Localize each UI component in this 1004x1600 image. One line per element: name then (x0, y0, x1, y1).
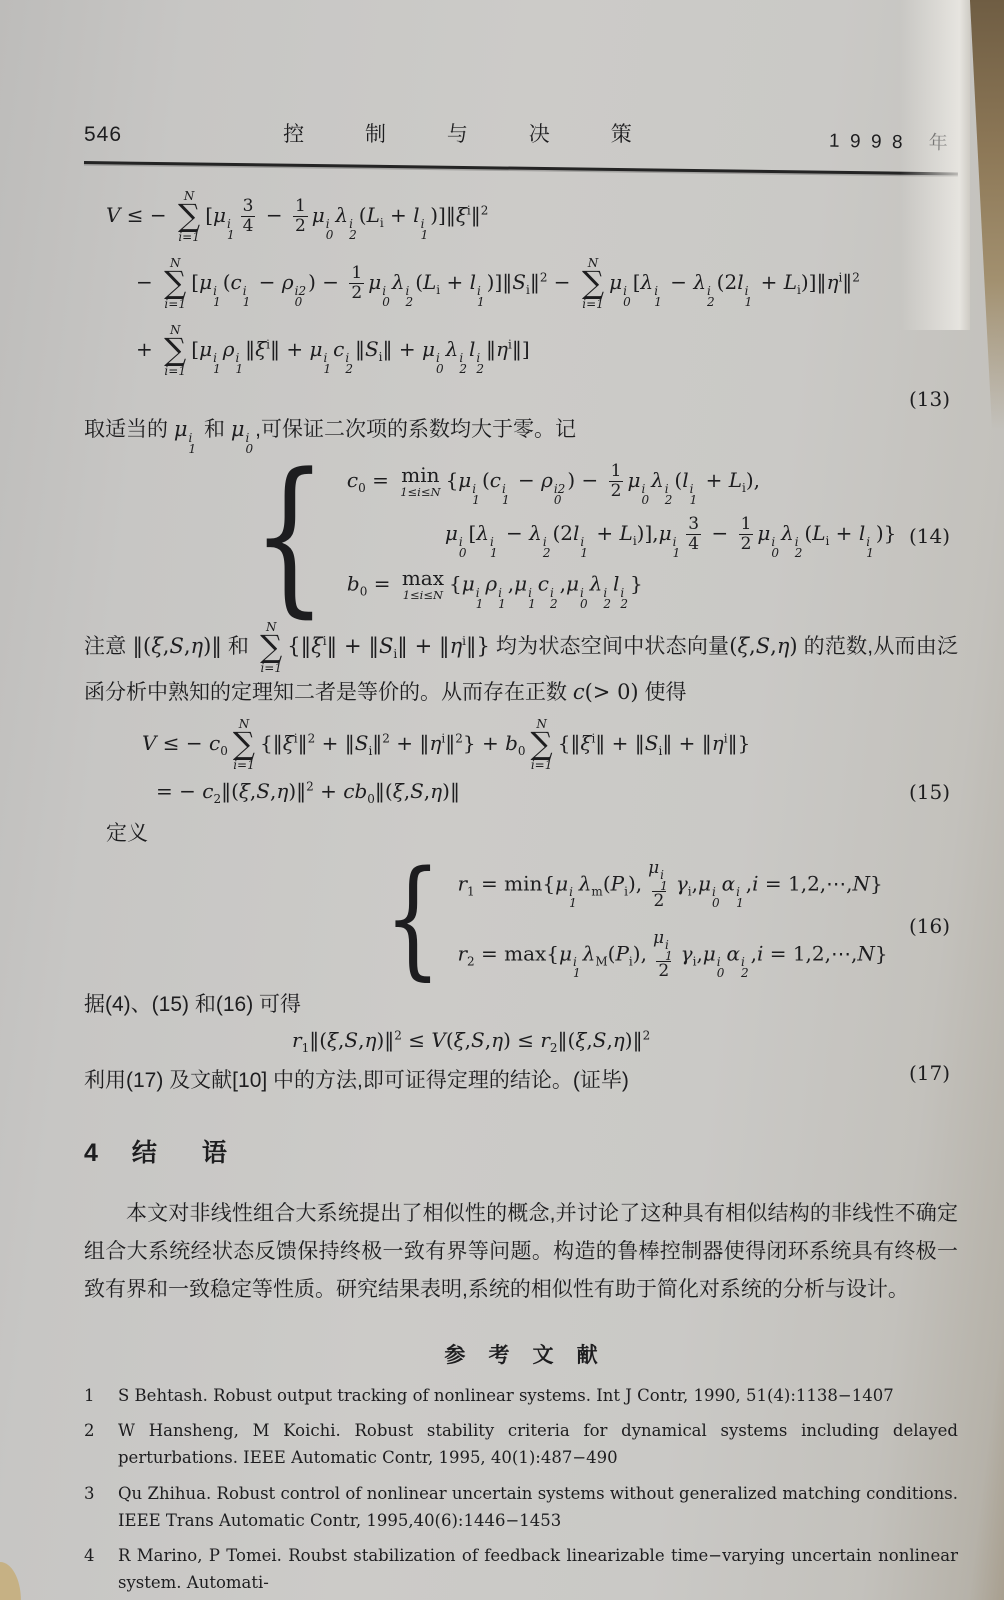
text-after-eq13: 取适当的 μi1 和 μi0,可保证二次项的系数均大于零。记 (84, 411, 958, 454)
equation-13-number: (13) (909, 387, 950, 411)
equation-13-line1: V ≤ − N∑i=1[μi134 − 12μi0λi2(Li + li1)]‖… (84, 190, 958, 243)
page-content: 546 控制与决策 1998 年 V ≤ − N∑i=1[μi134 − 12μ… (0, 0, 1004, 1600)
ref-text: Qu Zhihua. Robust control of nonlinear u… (118, 1481, 958, 1534)
equation-14: { c0 = min1≤i≤N{μi1(ci1 − ρi20) − 12μi0λ… (84, 462, 958, 608)
references-heading: 参考文献 (84, 1339, 958, 1369)
equation-16: { r1 = min{μi1λm(Pi),μi12γi,μi0αi1,i = 1… (84, 859, 958, 981)
ref-number: 4 (84, 1543, 118, 1596)
reference-item: 1 S Behtash. Robust output tracking of n… (84, 1383, 958, 1410)
ref-number: 1 (84, 1383, 118, 1410)
journal-title: 控制与决策 (104, 118, 811, 148)
equation-15-line1: V ≤ − c0N∑i=1{‖ξi‖2 + ‖Si‖2 + ‖ηi‖2} + b… (84, 718, 958, 771)
ref-text: S Behtash. Robust output tracking of non… (118, 1383, 958, 1410)
equation-15: V ≤ − c0N∑i=1{‖ξi‖2 + ‖Si‖2 + ‖ηi‖2} + b… (84, 718, 958, 806)
equation-17-line1: r1‖(ξ,S,η)‖2 ≤ V(ξ,S,η) ≤ r2‖(ξ,S,η)‖2 (84, 1028, 958, 1055)
equation-17-number: (17) (909, 1061, 950, 1085)
reference-item: 2 W Hansheng, M Koichi. Robust stability… (84, 1418, 958, 1471)
section-title: 结语 (132, 1139, 272, 1167)
text-after-eq16: 据(4)、(15) 和(16) 可得 (84, 987, 958, 1024)
references-list: 1 S Behtash. Robust output tracking of n… (84, 1383, 958, 1597)
scanned-journal-page: 546 控制与决策 1998 年 V ≤ − N∑i=1[μi134 − 12μ… (0, 0, 1004, 1600)
equation-14-line3: b0 = max1≤i≤N{μi1ρi1,μi1ci2,μi0λi2li2} (347, 568, 897, 608)
equation-13: V ≤ − N∑i=1[μi134 − 12μi0λi2(Li + li1)]‖… (84, 190, 958, 378)
section-heading: 4结语 (84, 1133, 958, 1169)
ref-number: 2 (84, 1418, 118, 1471)
page-curve-highlight (900, 0, 970, 330)
paragraph-note: 注意 ‖(ξ,S,η)‖ 和 N∑i=1{‖ξi‖ + ‖Si‖ + ‖ηi‖}… (84, 621, 958, 712)
equation-17: r1‖(ξ,S,η)‖2 ≤ V(ξ,S,η) ≤ r2‖(ξ,S,η)‖2 (… (84, 1028, 958, 1055)
ref-text: R Marino, P Tomei. Roubst stabilization … (118, 1543, 958, 1596)
text-define: 定义 (84, 816, 958, 853)
equation-16-line1: r1 = min{μi1λm(Pi),μi12γi,μi0αi1,i = 1,2… (457, 859, 887, 911)
ref-number: 3 (84, 1481, 118, 1534)
equation-15-line2: = − c2‖(ξ,S,η)‖2 + cb0‖(ξ,S,η)‖ (84, 779, 958, 806)
equation-16-line2: r2 = max{μi1λM(Pi),μi12γi,μi0αi2,i = 1,2… (457, 929, 887, 981)
left-brace: { (252, 464, 327, 607)
reference-item: 4 R Marino, P Tomei. Roubst stabilizatio… (84, 1543, 958, 1596)
text-after-eq17: 利用(17) 及文献[10] 中的方法,即可证得定理的结论。(证毕) (84, 1063, 958, 1100)
equation-13-line2: − N∑i=1[μi1(ci1 − ρi20) − 12μi0λi2(Li + … (84, 257, 958, 310)
section-number: 4 (84, 1139, 98, 1167)
equation-16-number: (16) (909, 914, 950, 938)
equation-14-line2: μi0[λi1 − λi2(2li1 + Li)],μi134 − 12μi0λ… (347, 515, 897, 558)
header-rule (84, 161, 958, 175)
equation-15-number: (15) (909, 780, 950, 804)
equation-14-number: (14) (909, 524, 950, 548)
ref-text: W Hansheng, M Koichi. Robust stability c… (118, 1418, 958, 1471)
left-brace: { (384, 865, 441, 974)
page-header: 546 控制与决策 1998 年 (84, 118, 958, 158)
equation-14-line1: c0 = min1≤i≤N{μi1(ci1 − ρi20) − 12μi0λi2… (347, 462, 897, 505)
reference-item: 3 Qu Zhihua. Robust control of nonlinear… (84, 1481, 958, 1534)
conclusion-paragraph: 本文对非线性组合大系统提出了相似性的概念,并讨论了这种具有相似结构的非线性不确定… (84, 1195, 958, 1308)
equation-13-line3: + N∑i=1[μi1ρi1‖ξi‖ + μi1ci2‖Si‖ + μi0λi2… (84, 324, 958, 377)
